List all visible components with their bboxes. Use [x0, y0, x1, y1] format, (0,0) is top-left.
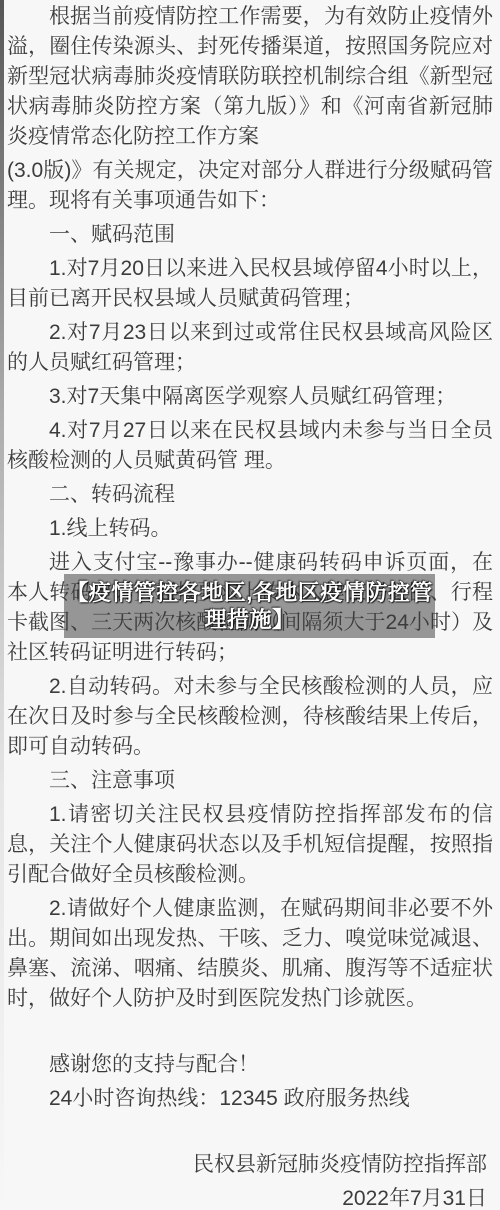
- caption-line-2: 理措施】: [204, 606, 294, 633]
- caption-line-1: 【疫情管控各地区,各地区疫情防控管: [66, 579, 433, 606]
- caption-overlay: 【疫情管控各地区,各地区疫情防控管 理措施】: [64, 574, 435, 638]
- notice-paragraph: 24小时咨询热线：12345 政府服务热线: [7, 1084, 493, 1114]
- notice-paragraph: 2.对7月23日以来到过或常住民权县域高风险区的人员赋红码管理；: [7, 318, 493, 378]
- notice-paragraph: 一、赋码范围: [7, 220, 493, 250]
- notice-paragraph: 2.自动转码。对未参与全民核酸检测的人员，应在次日及时参与全民核酸检测，待核酸结…: [7, 672, 493, 762]
- notice-paragraph: 2.请做好个人健康监测，在赋码期间非必要不外出。期间如出现发热、干咳、乏力、嗅觉…: [7, 894, 493, 1014]
- left-edge-shade: [0, 0, 4, 1210]
- notice-paragraph: (3.0版)》有关规定，决定对部分人群进行分级赋码管理。现将有关事项通告如下：: [7, 156, 493, 216]
- notice-paragraph: 感谢您的支持与配合！: [7, 1050, 493, 1080]
- notice-paragraph: 1.对7月20日以来进入民权县域停留4小时以上，目前已离开民权县域人员赋黄码管理…: [7, 254, 493, 314]
- notice-paragraph: 根据当前疫情防控工作需要，为有效防止疫情外溢，圈住传染源头、封死传播渠道，按照国…: [7, 2, 493, 152]
- notice-paragraph: 二、转码流程: [7, 480, 493, 510]
- notice-paragraph: 民权县新冠肺炎疫情防控指挥部: [7, 1150, 493, 1180]
- notice-paragraph: 2022年7月31日: [7, 1184, 493, 1210]
- notice-paragraph: 3.对7天集中隔离医学观察人员赋红码管理；: [7, 382, 493, 412]
- notice-paragraph: 三、注意事项: [7, 766, 493, 796]
- notice-paragraph: 4.对7月27日以来在民权县域内未参与当日全员核酸检测的人员赋黄码管 理。: [7, 416, 493, 476]
- notice-paragraph: 1.请密切关注民权县疫情防控指挥部发布的信息，关注个人健康码状态以及手机短信提醒…: [7, 800, 493, 890]
- notice-page: 根据当前疫情防控工作需要，为有效防止疫情外溢，圈住传染源头、封死传播渠道，按照国…: [0, 0, 500, 1210]
- notice-paragraph: 1.线上转码。: [7, 514, 493, 544]
